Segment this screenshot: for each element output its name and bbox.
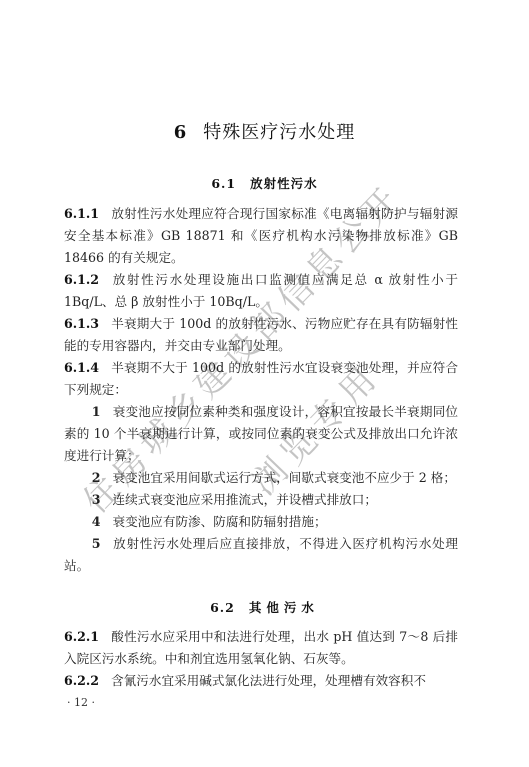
clause-6-1-1: 6.1.1放射性污水处理应符合现行国家标准《电离辐射防护与辐射源安全基本标准》G… <box>64 203 458 269</box>
clause-6-2-1: 6.2.1酸性污水应采用中和法进行处理，出水 pH 值达到 7～8 后排入院区污… <box>64 626 458 670</box>
clause-text: 半衰期不大于 100d 的放射性污水宜设衰变池处理，并应符合下列规定： <box>64 360 458 397</box>
section-title-text: 其他污水 <box>249 600 319 615</box>
clause-text: 含氰污水宜采用碱式氯化法进行处理，处理槽有效容积不 <box>111 673 426 688</box>
page-number: · 12 · <box>67 696 95 709</box>
item-text: 放射性污水处理后应直接排放，不得进入医疗机构污水处理站。 <box>64 536 458 573</box>
clause-text: 放射性污水处理应符合现行国家标准《电离辐射防护与辐射源安全基本标准》GB 188… <box>64 206 458 265</box>
clause-number: 6.2.2 <box>64 673 99 688</box>
document-page: 住房城乡建设部信息公开 浏览专用 6特殊医疗污水处理 6.1放射性污水 6.1.… <box>0 0 529 767</box>
clause-6-1-4: 6.1.4半衰期不大于 100d 的放射性污水宜设衰变池处理，并应符合下列规定： <box>64 357 458 401</box>
clause-6-2-2: 6.2.2含氰污水宜采用碱式氯化法进行处理，处理槽有效容积不 <box>64 670 458 692</box>
item-number: 1 <box>92 404 101 419</box>
clause-number: 6.1.1 <box>64 206 99 221</box>
section-body-6-1: 6.1.1放射性污水处理应符合现行国家标准《电离辐射防护与辐射源安全基本标准》G… <box>64 203 458 577</box>
item-text: 衰变池应按同位素种类和强度设计，容积宜按最长半衰期同位素的 10 个半衰期进行计… <box>64 404 458 463</box>
item-text: 连续式衰变池应采用推流式，并设槽式排放口； <box>112 492 376 507</box>
item-number: 4 <box>92 514 101 529</box>
clause-6-1-2: 6.1.2放射性污水处理设施出口监测值应满足总 α 放射性小于 1Bq/L、总 … <box>64 269 458 313</box>
item-text: 衰变池宜采用间歇式运行方式，间歇式衰变池不应少于 2 格； <box>112 470 455 485</box>
clause-number: 6.1.2 <box>64 272 99 287</box>
list-item-5: 5放射性污水处理后应直接排放，不得进入医疗机构污水处理站。 <box>64 533 458 577</box>
clause-number: 6.1.4 <box>64 360 99 375</box>
section-title-text: 放射性污水 <box>250 176 318 191</box>
chapter-title: 6特殊医疗污水处理 <box>0 118 529 144</box>
item-number: 5 <box>92 536 101 551</box>
list-item-1: 1衰变池应按同位素种类和强度设计，容积宜按最长半衰期同位素的 10 个半衰期进行… <box>64 401 458 467</box>
clause-text: 酸性污水应采用中和法进行处理，出水 pH 值达到 7～8 后排入院区污水系统。中… <box>64 629 458 666</box>
clause-text: 放射性污水处理设施出口监测值应满足总 α 放射性小于 1Bq/L、总 β 放射性… <box>64 272 458 309</box>
section-number: 6.2 <box>210 600 235 615</box>
chapter-number: 6 <box>174 122 188 143</box>
item-number: 3 <box>92 492 101 507</box>
list-item-2: 2衰变池宜采用间歇式运行方式，间歇式衰变池不应少于 2 格； <box>64 467 458 489</box>
section-number: 6.1 <box>211 176 236 191</box>
clause-number: 6.1.3 <box>64 316 99 331</box>
item-number: 2 <box>92 470 101 485</box>
list-item-4: 4衰变池应有防渗、防腐和防辐射措施； <box>64 511 458 533</box>
list-item-3: 3连续式衰变池应采用推流式，并设槽式排放口； <box>64 489 458 511</box>
clause-6-1-3: 6.1.3半衰期大于 100d 的放射性污水、污物应贮存在具有防辐射性能的专用容… <box>64 313 458 357</box>
section-title-6-1: 6.1放射性污水 <box>0 174 529 192</box>
chapter-title-text: 特殊医疗污水处理 <box>203 122 355 143</box>
item-text: 衰变池应有防渗、防腐和防辐射措施； <box>112 514 326 529</box>
section-title-6-2: 6.2其他污水 <box>0 598 529 616</box>
clause-text: 半衰期大于 100d 的放射性污水、污物应贮存在具有防辐射性能的专用容器内，并交… <box>64 316 458 353</box>
clause-number: 6.2.1 <box>64 629 99 644</box>
section-body-6-2: 6.2.1酸性污水应采用中和法进行处理，出水 pH 值达到 7～8 后排入院区污… <box>64 626 458 692</box>
